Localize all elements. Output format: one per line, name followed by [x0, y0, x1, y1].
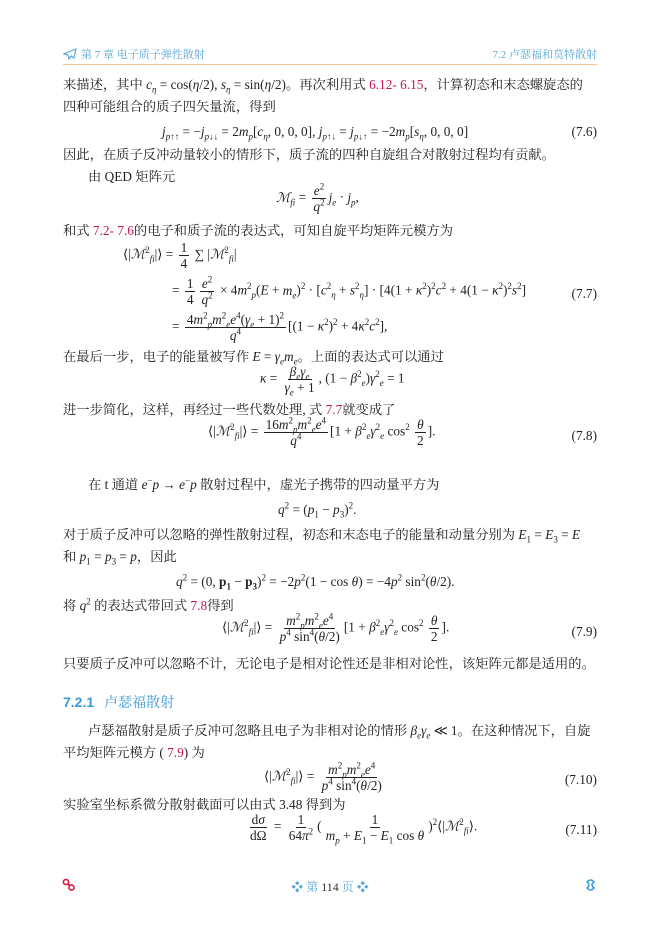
equation-number: (7.8) — [572, 428, 597, 444]
equation-kappa: κ = βeγeγe + 1, (1 − β2e)γ2e = 1 — [260, 364, 405, 395]
equation-7-10: ⟨|ℳ2fi|⟩ = m2pm2ee4p4 sin4(θ/2) — [264, 762, 386, 793]
equation-7-8: ⟨|ℳ2fi|⟩ = 16m2pm2ee4q4[1 + β2eγ2e cos2 … — [208, 417, 435, 448]
equation-ref-link[interactable]: 7.7 — [326, 402, 343, 417]
paragraph: 对于质子反冲可以忽略的弹性散射过程，初态和末态电子的能量和动量分别为 E1 = … — [63, 526, 580, 544]
equation-ref-link[interactable]: 7.9 — [167, 745, 184, 760]
equation-number: (7.10) — [565, 772, 597, 788]
section-heading-title: 卢瑟福散射 — [104, 694, 174, 710]
ornament-left-icon: ❖ — [291, 880, 303, 894]
equation-ref-link[interactable]: 6.12- 6.15 — [369, 77, 423, 92]
equation-number: (7.6) — [572, 124, 597, 140]
equation-ref-link[interactable]: 7.2- 7.6 — [93, 223, 134, 238]
page: 第 7 章 电子质子弹性散射 7.2 卢瑟福和莫特散射 来描述，其中 cη = … — [0, 0, 660, 933]
link-blue-icon[interactable] — [584, 878, 598, 892]
paragraph: 将 q2 的表达式带回式 7.8得到 — [63, 597, 234, 615]
paragraph: 在 t 通道 e−p → e−p 散射过程中，虚光子携带的四动量平方为 — [88, 476, 439, 494]
running-header: 第 7 章 电子质子弹性散射 7.2 卢瑟福和莫特散射 — [63, 44, 597, 64]
equation-7-7-line2: = 14e2q2 × 4m2p(E + me)2 · [c2η + s2η] ·… — [172, 276, 526, 307]
page-footer: ❖ 第 114 页 ❖ — [0, 876, 660, 896]
paragraph: 和式 7.2- 7.6的电子和质子流的表达式，可知自旋平均矩阵元模方为 — [63, 222, 453, 240]
paragraph: 因此，在质子反冲动量较小的情形下，质子流的四种自旋组合对散射过程均有贡献。 — [63, 146, 555, 164]
paragraph-line: 和 p1 = p3 = p，因此 — [63, 548, 177, 566]
header-rule — [63, 64, 597, 65]
equation-number: (7.11) — [565, 822, 597, 838]
paragraph: 来描述，其中 cη = cos(η/2), sη = sin(η/2)。再次利用… — [63, 76, 583, 94]
paper-plane-icon — [63, 48, 77, 60]
ornament-right-icon: ❖ — [357, 880, 369, 894]
section-title-header: 7.2 卢瑟福和莫特散射 — [493, 46, 598, 62]
paragraph: 只要质子反冲可以忽略不计，无论电子是相对论性还是非相对论性，该矩阵元都是适用的。 — [63, 655, 595, 673]
paragraph: 卢瑟福散射是质子反冲可忽略且电子为非相对论的情形 βeγe ≪ 1。在这种情况下… — [88, 722, 591, 740]
equation-number: (7.9) — [572, 624, 597, 640]
page-number: ❖ 第 114 页 ❖ — [0, 878, 660, 895]
section-number: 7.2.1 — [63, 694, 94, 710]
paragraph-line: 四种可能组合的质子四矢量流，得到 — [63, 98, 276, 116]
paragraph: 由 QED 矩阵元 — [88, 168, 175, 186]
page-number-value: 114 — [321, 880, 339, 894]
equation-number: (7.7) — [572, 286, 597, 302]
equation-7-6: jp↑↑ = −jp↓↓ = 2mp[cη, 0, 0, 0], jp↑↓ = … — [162, 124, 468, 140]
equation-7-11: dσdΩ = 164π2(1mp + E1 − E1 cos θ)2⟨|ℳ2fi… — [246, 812, 477, 843]
equation-7-7-line1: ⟨|ℳ2fi|⟩ = 14 ∑ |ℳ2fi| — [123, 240, 236, 271]
equation-ref-link[interactable]: 7.8 — [191, 598, 208, 613]
equation-q2: q2 = (p1 − p3)2. — [278, 502, 356, 518]
chapter-title: 第 7 章 电子质子弹性散射 — [81, 46, 205, 62]
equation-7-9: ⟨|ℳ2fi|⟩ = m2pm2ee4p4 sin4(θ/2)[1 + β2eγ… — [222, 613, 449, 644]
equation-qed-matrix: ℳfi = e2q2je · jp, — [276, 183, 359, 214]
equation-q2-expanded: q2 = (0, p1 − p3)2 = −2p2(1 − cos θ) = −… — [176, 574, 455, 590]
equation-7-7-line3: = 4m2pm2ee4(γe + 1)2q4[(1 − κ2)2 + 4κ2c2… — [172, 312, 387, 343]
paragraph-line: 平均矩阵元模方 ( 7.9) 为 — [63, 744, 205, 762]
section-heading: 7.2.1卢瑟福散射 — [63, 692, 174, 712]
